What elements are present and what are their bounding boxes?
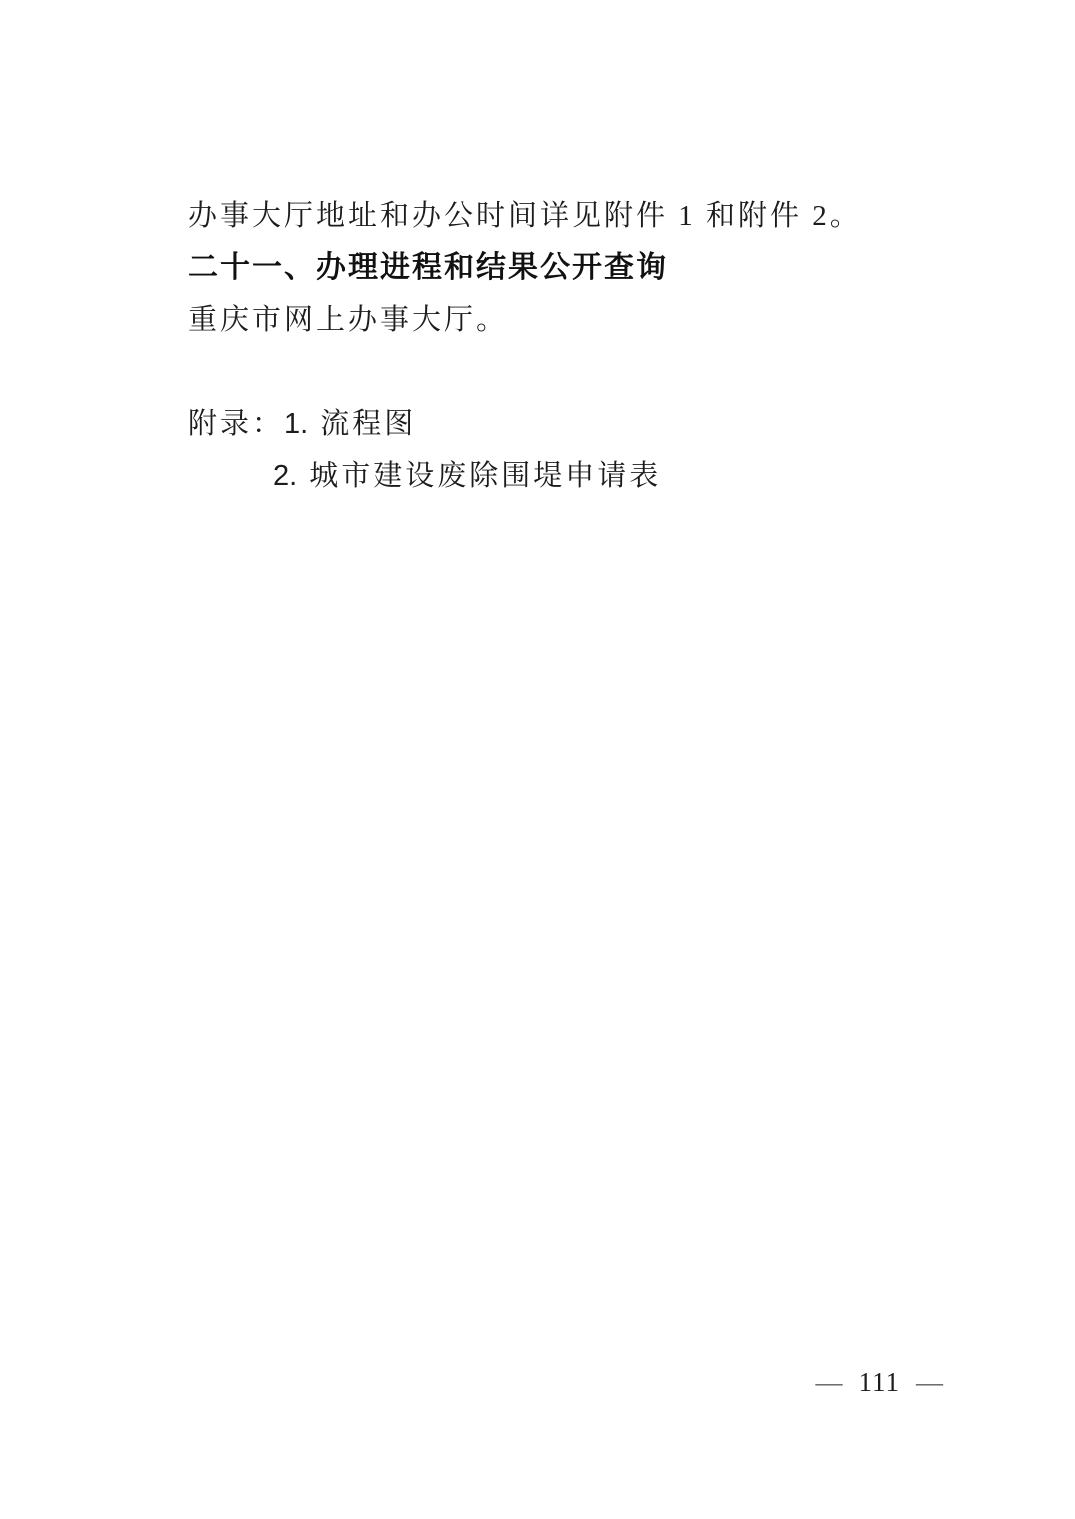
appendix-item-2-number: 2. bbox=[273, 460, 297, 492]
document-page: 办事大厅地址和办公时间详见附件 1 和附件 2。 二十一、办理进程和结果公开查询… bbox=[0, 0, 1075, 1519]
appendix-line-1: 附录：1.流程图 bbox=[188, 398, 975, 450]
footer-dash-right: — bbox=[916, 1367, 943, 1397]
page-footer: —111— bbox=[816, 1362, 944, 1402]
page-number: 111 bbox=[859, 1367, 901, 1397]
section-heading: 二十一、办理进程和结果公开查询 bbox=[188, 242, 975, 294]
footer-dash-left: — bbox=[816, 1367, 843, 1397]
appendix-item-2-text: 城市建设废除围堤申请表 bbox=[309, 460, 661, 492]
appendix-item-1-number: 1. bbox=[284, 408, 308, 440]
paragraph-online-hall: 重庆市网上办事大厅。 bbox=[188, 294, 975, 346]
paragraph-attachments-note: 办事大厅地址和办公时间详见附件 1 和附件 2。 bbox=[188, 190, 975, 242]
document-body: 办事大厅地址和办公时间详见附件 1 和附件 2。 二十一、办理进程和结果公开查询… bbox=[188, 190, 975, 502]
appendix-line-2: 2.城市建设废除围堤申请表 bbox=[188, 450, 975, 502]
appendix-label: 附录： bbox=[188, 408, 284, 440]
appendix-item-1-text: 流程图 bbox=[320, 408, 416, 440]
appendix-block: 附录：1.流程图 2.城市建设废除围堤申请表 bbox=[188, 398, 975, 502]
